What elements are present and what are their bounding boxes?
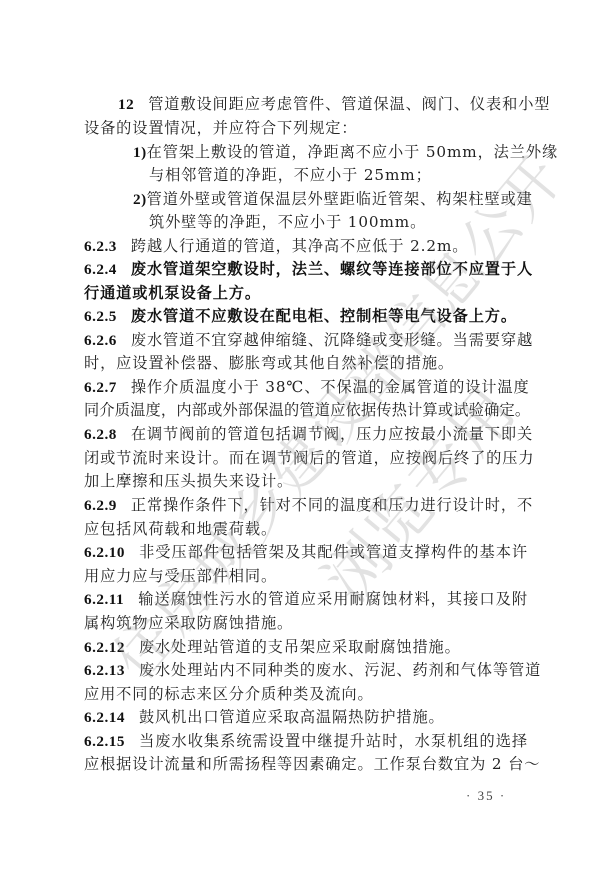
item-text: 管道外壁或管道保温层外壁距临近管架、构架柱壁或建 [147, 190, 533, 208]
clause-12-line-1: 12管道敷设间距应考虑管件、管道保温、阀门、仪表和小型 [118, 93, 528, 116]
clause-text: 管道敷设间距应考虑管件、管道保温、阀门、仪表和小型 [148, 95, 550, 113]
clause-text: 应根据设计流量和所需扬程等因素确定。工作泵台数宜为 2 台～ [84, 755, 540, 773]
item-text: 筑外壁等的净距，不应小于 100mm。 [149, 213, 426, 231]
clause-text: 鼓风机出口管道应采取高温隔热防护措施。 [139, 708, 445, 726]
clause-number: 6.2.13 [84, 659, 125, 682]
clause-text: 应包括风荷载和地震荷载。 [84, 520, 277, 538]
clause-6-2-10-line-1: 6.2.10非受压部件包括管架及其配件或管道支撑构件的基本许 [84, 541, 528, 564]
clause-text: 废水管道不宜穿越伸缩缝、沉降缝或变形缝。当需要穿越 [131, 331, 533, 349]
clause-6-2-4-line-1: 6.2.4废水管道架空敷设时，法兰、螺纹等连接部位不应置于人 [84, 258, 528, 281]
clause-6-2-5: 6.2.5废水管道不应敷设在配电柜、控制柜等电气设备上方。 [84, 305, 528, 328]
clause-number: 6.2.12 [84, 636, 125, 659]
clause-6-2-8-line-3: 加上摩擦和压头损失来设计。 [84, 470, 528, 493]
clause-text: 用应力应与受压部件相同。 [84, 567, 277, 585]
clause-6-2-9-line-1: 6.2.9正常操作条件下，针对不同的温度和压力进行设计时，不 [84, 494, 528, 517]
item-2-line-1: 2)管道外壁或管道保温层外壁距临近管架、构架柱壁或建 [133, 188, 528, 211]
clause-number: 6.2.11 [84, 588, 124, 611]
clause-text: 当废水收集系统需设置中继提升站时，水泵机组的选择 [139, 732, 528, 750]
page-number: · 35 · [466, 788, 506, 804]
clause-number: 6.2.5 [84, 305, 117, 328]
clause-number: 6.2.10 [84, 541, 125, 564]
clause-text: 正常操作条件下，针对不同的温度和压力进行设计时，不 [131, 496, 533, 514]
clause-number: 6.2.15 [84, 730, 125, 753]
clause-number: 6.2.6 [84, 329, 117, 352]
clause-text: 跨越人行通道的管道，其净高不应低于 2.2m。 [131, 237, 468, 255]
clause-6-2-7-line-2: 同介质温度，内部或外部保温的管道应依据传热计算或试验确定。 [84, 399, 528, 422]
clause-6-2-4-line-2: 行通道或机泵设备上方。 [84, 282, 528, 305]
item-1-line-1: 1)在管架上敷设的管道，净距离不应小于 50mm，法兰外缘 [133, 141, 528, 164]
item-text: 在管架上敷设的管道，净距离不应小于 50mm，法兰外缘 [147, 143, 558, 161]
clause-text: 废水管道架空敷设时，法兰、螺纹等连接部位不应置于人 [131, 260, 533, 278]
clause-text: 废水管道不应敷设在配电柜、控制柜等电气设备上方。 [131, 307, 517, 325]
item-2-line-2: 筑外壁等的净距，不应小于 100mm。 [149, 211, 528, 234]
item-number: 2) [133, 188, 147, 211]
clause-6-2-11-line-1: 6.2.11输送腐蚀性污水的管道应采用耐腐蚀材料，其接口及附 [84, 588, 528, 611]
item-text: 与相邻管道的净距，不应小于 25mm； [149, 166, 432, 184]
item-number: 1) [133, 141, 147, 164]
clause-text: 闭或节流时来设计。而在调节阀后的管道，应按阀后终了的压力 [84, 449, 534, 467]
clause-text: 输送腐蚀性污水的管道应采用耐腐蚀材料，其接口及附 [138, 590, 528, 608]
clause-text: 设备的设置情况，并应符合下列规定： [84, 119, 358, 137]
clause-6-2-10-line-2: 用应力应与受压部件相同。 [84, 565, 528, 588]
clause-number: 6.2.7 [84, 376, 117, 399]
clause-6-2-8-line-1: 6.2.8在调节阀前的管道包括调节阀，压力应按最小流量下即关 [84, 423, 528, 446]
clause-text: 行通道或机泵设备上方。 [84, 284, 261, 302]
clause-text: 废水处理站管道的支吊架应采取耐腐蚀措施。 [139, 638, 461, 656]
clause-number: 12 [118, 93, 134, 116]
clause-number: 6.2.4 [84, 258, 117, 281]
clause-number: 6.2.9 [84, 494, 117, 517]
clause-text: 应用不同的标志来区分介质种类及流向。 [84, 685, 374, 703]
clause-text: 在调节阀前的管道包括调节阀，压力应按最小流量下即关 [131, 425, 533, 443]
clause-6-2-11-line-2: 属构筑物应采取防腐蚀措施。 [84, 612, 528, 635]
clause-text: 时，应设置补偿器、膨胀弯或其他自然补偿的措施。 [84, 354, 454, 372]
document-page: 12管道敷设间距应考虑管件、管道保温、阀门、仪表和小型 设备的设置情况，并应符合… [0, 0, 600, 870]
clause-6-2-6-line-1: 6.2.6废水管道不宜穿越伸缩缝、沉降缝或变形缝。当需要穿越 [84, 329, 528, 352]
clause-text: 加上摩擦和压头损失来设计。 [84, 472, 293, 490]
clause-6-2-12: 6.2.12废水处理站管道的支吊架应采取耐腐蚀措施。 [84, 636, 528, 659]
clause-6-2-15-line-2: 应根据设计流量和所需扬程等因素确定。工作泵台数宜为 2 台～ [84, 753, 528, 776]
clause-6-2-14: 6.2.14鼓风机出口管道应采取高温隔热防护措施。 [84, 706, 528, 729]
clause-text: 非受压部件包括管架及其配件或管道支撑构件的基本许 [139, 543, 528, 561]
clause-text: 废水处理站内不同种类的废水、污泥、药剂和气体等管道 [139, 661, 541, 679]
clause-number: 6.2.14 [84, 706, 125, 729]
item-1-line-2: 与相邻管道的净距，不应小于 25mm； [149, 164, 528, 187]
clause-12-line-2: 设备的设置情况，并应符合下列规定： [84, 117, 528, 140]
clause-text: 操作介质温度小于 38℃、不保温的金属管道的设计温度 [131, 378, 530, 396]
clause-6-2-8-line-2: 闭或节流时来设计。而在调节阀后的管道，应按阀后终了的压力 [84, 447, 528, 470]
clause-6-2-13-line-2: 应用不同的标志来区分介质种类及流向。 [84, 683, 528, 706]
clause-text: 同介质温度，内部或外部保温的管道应依据传热计算或试验确定。 [84, 401, 530, 419]
clause-6-2-3: 6.2.3跨越人行通道的管道，其净高不应低于 2.2m。 [84, 235, 528, 258]
clause-6-2-15-line-1: 6.2.15当废水收集系统需设置中继提升站时，水泵机组的选择 [84, 730, 528, 753]
clause-number: 6.2.3 [84, 235, 117, 258]
clause-6-2-13-line-1: 6.2.13废水处理站内不同种类的废水、污泥、药剂和气体等管道 [84, 659, 528, 682]
clause-number: 6.2.8 [84, 423, 117, 446]
clause-6-2-6-line-2: 时，应设置补偿器、膨胀弯或其他自然补偿的措施。 [84, 352, 528, 375]
clause-6-2-7-line-1: 6.2.7操作介质温度小于 38℃、不保温的金属管道的设计温度 [84, 376, 528, 399]
clause-text: 属构筑物应采取防腐蚀措施。 [84, 614, 293, 632]
clause-6-2-9-line-2: 应包括风荷载和地震荷载。 [84, 518, 528, 541]
